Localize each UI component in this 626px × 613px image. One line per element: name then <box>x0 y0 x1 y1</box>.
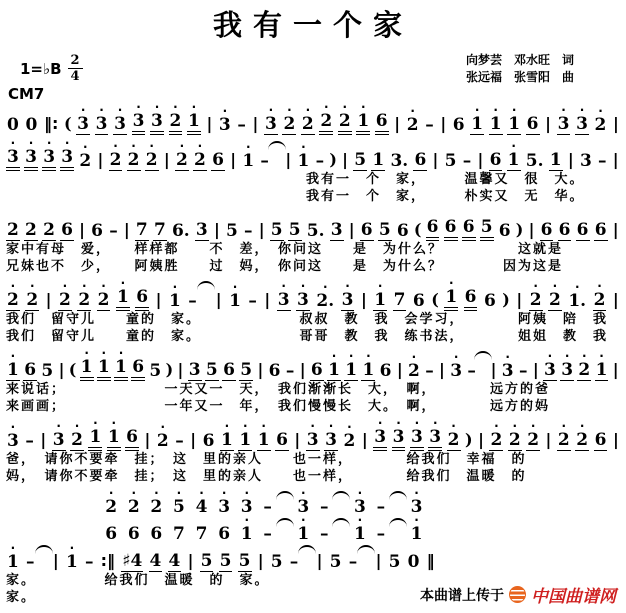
note-digit: 6 <box>452 116 466 135</box>
note: 6 <box>23 353 37 381</box>
note: ·3 <box>306 423 320 451</box>
song-title: 我有一个家 <box>6 6 620 44</box>
note: ·1 <box>116 280 130 311</box>
key-label: 1=♭B <box>20 60 62 78</box>
note: ·1 <box>507 143 521 171</box>
note-digit: 3 <box>501 362 515 381</box>
note-digit: 3 <box>410 428 424 451</box>
note-digit: 2 <box>77 291 91 311</box>
tie-arc <box>298 545 316 554</box>
barline: | <box>39 430 47 451</box>
barline: | <box>229 150 237 171</box>
note-digit: – <box>319 525 330 544</box>
note-digit: 5 <box>148 362 162 381</box>
note: 3 <box>579 144 593 171</box>
sheet-music-page: 我有一个家 1=♭B 2 4 向梦芸 邓水旺 词 张远福 张雪阳 曲 CM7 0… <box>6 6 620 606</box>
tie-arc <box>197 281 215 290</box>
barline: | <box>341 150 349 171</box>
barline: | <box>348 220 356 241</box>
note: 2 <box>24 213 38 241</box>
score-system: ·1 6 5|(·1·1·1 6 5)| 3 5 6 5| 6 –| 6·1·1… <box>6 350 620 415</box>
duration-dash: – <box>174 424 185 451</box>
time-signature: 2 4 <box>68 54 83 83</box>
note-digit: – <box>376 525 387 544</box>
note-digit: 5 <box>219 552 233 572</box>
notation-line: 0 0‖:(·3·3·3·3·3·2·1|·3 –|·3·2·2·2·2·1 6… <box>6 104 620 135</box>
tie-arc <box>268 141 286 150</box>
note-digit: 1 <box>257 431 271 451</box>
note-digit: 1 <box>595 361 609 381</box>
duration-dash: – <box>462 144 473 171</box>
note-digit: – <box>466 362 477 381</box>
note-digit: 1 <box>507 115 521 135</box>
note-digit: 1 <box>6 553 20 572</box>
note-digit: 3 <box>60 148 74 171</box>
note: 6 <box>413 143 427 171</box>
note-digit: 1 <box>371 151 385 171</box>
note-digit: 2 <box>301 115 315 135</box>
note-digit: 3 <box>330 221 344 241</box>
note-digit: 5 <box>238 552 252 572</box>
barline: | <box>187 551 195 572</box>
note-digit: 2 <box>145 151 159 171</box>
barline: | <box>96 150 104 171</box>
note: ·3 <box>324 423 338 451</box>
note: 6 <box>540 213 554 241</box>
note-digit: 1 <box>549 151 563 171</box>
note-digit: 3 <box>6 432 20 451</box>
note: 3. <box>389 144 409 171</box>
note-digit: 2 <box>548 291 562 311</box>
note: 5. <box>306 214 326 241</box>
note-digit: 2 <box>25 291 39 311</box>
note-digit: 2 <box>156 432 170 451</box>
note: ·1 <box>65 545 79 572</box>
note-digit: 2 <box>319 112 333 135</box>
note: 5 <box>480 210 494 241</box>
barline: | <box>78 220 86 241</box>
note: 6 <box>444 210 458 241</box>
close-paren: ) <box>502 290 510 311</box>
note: ·1 <box>220 423 234 451</box>
note-digit: 5 <box>270 553 284 572</box>
note-digit: 3 <box>52 431 66 451</box>
note: ·2 <box>343 424 357 451</box>
note-digit: 5 <box>480 218 494 241</box>
note-digit: 0 <box>407 553 421 572</box>
note-digit: 6 <box>268 362 282 381</box>
note: 6 <box>310 353 324 381</box>
barline: | <box>58 360 66 381</box>
note-digit: 5 <box>239 361 253 381</box>
note-digit: 6 <box>462 218 476 241</box>
note: ·2 <box>548 283 562 311</box>
note: 3 <box>195 213 209 241</box>
lyric-line: 我有一 个 家， 温馨又 很 大。 <box>6 171 620 188</box>
barline: | <box>438 360 446 381</box>
note: 6 <box>275 423 289 451</box>
note-digit: 2 <box>193 151 207 171</box>
note-digit: 2 <box>447 431 461 451</box>
notation-line: 6 6 6 7 7 6·1 –·1 –·1 –·1 <box>104 517 423 544</box>
note-digit: 3 <box>557 115 571 135</box>
note: 5 <box>148 354 162 381</box>
note-digit: 5 <box>444 152 458 171</box>
note-digit: 2 <box>175 151 189 171</box>
barline: | <box>205 114 213 135</box>
note-digit: 1 <box>228 292 242 311</box>
barline: | <box>375 551 383 572</box>
note: 6. <box>171 214 191 241</box>
note-digit: 4 <box>168 552 182 572</box>
note-digit: 6 <box>23 361 37 381</box>
note: ·1 <box>361 353 375 381</box>
note-digit: ♯4 <box>121 552 143 572</box>
barline: | <box>612 150 620 171</box>
note: ·1 <box>80 350 94 381</box>
barline: | <box>515 290 523 311</box>
note: ·1 <box>373 283 387 311</box>
note-digit: 1 <box>297 152 311 171</box>
barline: | <box>155 290 163 311</box>
note-digit: 1 <box>356 112 370 135</box>
close-paren: ) <box>329 150 337 171</box>
note: ·3 <box>557 107 571 135</box>
note: ·2 <box>526 423 540 451</box>
note-digit: 1 <box>241 152 255 171</box>
note: 0 <box>407 545 421 572</box>
note: ·3 <box>60 140 74 171</box>
note: 3 <box>330 213 344 241</box>
note: ·1 <box>356 104 370 135</box>
note: ·3 <box>95 107 109 135</box>
note-digit: 2 <box>127 151 141 171</box>
note: 3 <box>188 353 202 381</box>
note-digit: 6 <box>90 222 104 241</box>
note-digit: 3. <box>389 152 409 171</box>
close-paren: ) <box>465 430 473 451</box>
note: ·3 <box>296 283 310 311</box>
note: 2 <box>42 213 56 241</box>
note-digit: 1 <box>97 358 111 381</box>
note: ·1 <box>470 107 484 135</box>
key-signature: 1=♭B 2 4 <box>20 54 83 83</box>
note-digit: 2 <box>169 112 183 135</box>
note-digit: 5 <box>388 553 402 572</box>
note-digit: – <box>187 292 198 311</box>
note-digit: 5 <box>205 361 219 381</box>
note: 6 <box>396 214 410 241</box>
note-digit: 2 <box>407 362 421 381</box>
note: 6 <box>211 143 225 171</box>
note-digit: 2 <box>109 151 123 171</box>
note: 6 <box>360 213 374 241</box>
repeat-start: ‖: <box>43 114 59 135</box>
note-digit: – <box>424 362 435 381</box>
notation-line: ·1 –|·1 –:‖ ♯4 4 4| 5 5 5| 5 –| 5 –| 5 0… <box>6 544 436 572</box>
note-digit: 6 <box>489 151 503 171</box>
note-digit: 2 <box>406 116 420 135</box>
note: 6 <box>131 350 145 381</box>
note-digit: 6 <box>131 358 145 381</box>
barline: | <box>263 290 271 311</box>
barline: | <box>360 290 368 311</box>
footer: 本曲谱上传于 中国曲谱网 <box>420 582 616 607</box>
note: 5 <box>40 354 54 381</box>
note: 6 <box>90 214 104 241</box>
note: 6 <box>412 284 426 311</box>
note: ·2 <box>169 104 183 135</box>
note-digit: 2 <box>42 221 56 241</box>
note-digit: 3 <box>42 148 56 171</box>
note: ·1 <box>257 423 271 451</box>
note: 5 <box>288 213 302 241</box>
lyric-line: 爸， 请你不要牵 挂； 这 里的亲人 也一样， 给我们 幸福 的 <box>6 451 620 468</box>
note-digit: 6 <box>310 361 324 381</box>
note-digit: 3 <box>95 115 109 135</box>
note-digit: 5. <box>306 222 326 241</box>
note-digit: 2 <box>24 221 38 241</box>
note: ·1 <box>107 420 121 451</box>
note: 6 <box>375 104 389 135</box>
barline: | <box>544 114 552 135</box>
note-digit: – <box>259 152 270 171</box>
note: ·2 <box>406 108 420 135</box>
note: ·2 <box>25 283 39 311</box>
note: ·2 <box>145 143 159 171</box>
note-digit: 0 <box>6 116 20 135</box>
note: 6 <box>135 280 149 311</box>
note: ·1 <box>327 353 341 381</box>
note-digit: – <box>262 525 273 544</box>
note: 6 <box>576 213 590 241</box>
duration-dash: – <box>236 108 247 135</box>
tie-arc <box>35 545 53 554</box>
note-digit: 1 <box>80 358 94 381</box>
open-paren: ( <box>64 114 72 135</box>
credits: 向梦芸 邓水旺 词 张远福 张雪阳 曲 <box>466 52 574 86</box>
barline: | <box>393 114 401 135</box>
note: 5 <box>225 214 239 241</box>
note-digit: 2 <box>6 221 20 241</box>
note: ·1 <box>344 353 358 381</box>
note: 6 <box>268 354 282 381</box>
note: 6 <box>594 213 608 241</box>
note: ·3 <box>560 353 574 381</box>
note-digit: 2 <box>58 291 72 311</box>
note: ·1 <box>410 517 424 544</box>
barline: | <box>144 430 152 451</box>
note: 6 <box>426 210 440 241</box>
note-digit: 6 <box>379 362 393 381</box>
note-digit: 3 <box>132 112 146 135</box>
score-system: 0 0‖:(·3·3·3·3·3·2·1|·3 –|·3·2·2·2·2·1 6… <box>6 104 620 135</box>
note-digit: 3 <box>579 152 593 171</box>
note-digit: 6 <box>444 218 458 241</box>
tie-arc <box>389 518 407 527</box>
barline: | <box>612 114 620 135</box>
note-digit: 1 <box>344 361 358 381</box>
barline: | <box>293 430 301 451</box>
note: 6 <box>489 143 503 171</box>
note: ·2. <box>315 284 335 311</box>
duration-dash: – <box>262 517 273 544</box>
duration-dash: – <box>24 424 35 451</box>
note-digit: 5 <box>200 552 214 572</box>
duration-dash: – <box>597 144 608 171</box>
open-paren: ( <box>414 220 422 241</box>
note: ·1 <box>489 107 503 135</box>
lyricist-credit: 向梦芸 邓水旺 词 <box>466 52 574 69</box>
barline: | <box>45 290 53 311</box>
note-digit: 1 <box>373 291 387 311</box>
tie-arc <box>332 491 350 500</box>
note: ·2 <box>575 423 589 451</box>
note: ·3 <box>501 354 515 381</box>
barline: | <box>189 430 197 451</box>
note: 6 <box>125 420 139 451</box>
note: 0 <box>6 108 20 135</box>
lyric-line: 妈， 请你不要牵 挂； 这 里的亲人 也一样， 给我们 温暖 的 <box>6 468 620 485</box>
lyric-line: 我有一 个 家， 朴实又 无 华。 <box>6 188 620 205</box>
note-digit: – <box>315 152 326 171</box>
note: ·2 <box>58 283 72 311</box>
duration-dash: – <box>376 517 387 544</box>
note-digit: 3 <box>575 115 589 135</box>
score-body: 0 0‖:(·3·3·3·3·3·2·1|·3 –|·3·2·2·2·2·1 6… <box>6 104 620 606</box>
note: 1 <box>549 143 563 171</box>
note: 6 <box>594 423 608 451</box>
note-digit: – <box>174 432 185 451</box>
note: ·2 <box>338 104 352 135</box>
note: 2 <box>6 213 20 241</box>
note: 6 <box>379 354 393 381</box>
note: 6 <box>452 108 466 135</box>
note: ·2 <box>447 423 461 451</box>
note: ·1 <box>168 284 182 311</box>
note: 6 <box>202 424 216 451</box>
notation-line: ·3 –|·3·2·1·1 6|·2 –| 6·1·1·1 6|·3·3·2|·… <box>6 420 620 451</box>
note: ·3 <box>392 420 406 451</box>
note: ·1 <box>241 144 255 171</box>
note-digit: 3 <box>6 148 20 171</box>
note-digit: 3 <box>264 115 278 135</box>
note: ·3 <box>277 283 291 311</box>
barline: | <box>612 360 620 381</box>
note-digit: 6. <box>171 222 191 241</box>
note-digit: 2 <box>78 152 92 171</box>
note: ·2 <box>78 144 92 171</box>
note-digit: 2 <box>526 431 540 451</box>
note: ·2 <box>109 143 123 171</box>
note-digit: 6 <box>375 112 389 135</box>
final-barline: ‖ <box>426 551 436 572</box>
note-digit: 3 <box>306 431 320 451</box>
time-denominator: 4 <box>68 69 83 83</box>
barline: | <box>612 430 620 451</box>
note-digit: 2 <box>593 291 607 311</box>
note-digit: 1 <box>6 361 20 381</box>
note: ·2 <box>70 423 84 451</box>
barline: | <box>284 150 292 171</box>
note: ·3 <box>42 140 56 171</box>
note-digit: 3 <box>560 361 574 381</box>
note: ·3 <box>575 107 589 135</box>
note-digit: 0 <box>24 116 38 135</box>
lyric-line: 来说话； 一天又一 天， 我们渐渐长 大， 啊， 远方的爸 <box>6 381 620 398</box>
note-digit: 1 <box>187 112 201 135</box>
note-digit: 6 <box>396 222 410 241</box>
note-digit: 6 <box>135 288 149 311</box>
close-paren: ) <box>516 220 524 241</box>
note: ·1 <box>88 420 102 451</box>
note: ·2 <box>97 283 111 311</box>
close-paren: ) <box>166 360 174 381</box>
note-digit: – <box>462 152 473 171</box>
note-digit: 1 <box>116 288 130 311</box>
note-digit: – <box>247 292 258 311</box>
note-digit: 2 <box>508 431 522 451</box>
note-digit: – <box>518 362 529 381</box>
note: 5 <box>378 213 392 241</box>
note: ·2 <box>594 108 608 135</box>
note-digit: 3 <box>218 116 232 135</box>
note-digit: 6 <box>222 361 236 381</box>
note-digit: 2 <box>338 112 352 135</box>
note: 5 <box>200 544 214 572</box>
barline: | <box>567 150 575 171</box>
note-digit: 5. <box>525 152 545 171</box>
notation-line: ·1 6 5|(·1·1·1 6 5)| 3 5 6 5| 6 –| 6·1·1… <box>6 350 620 381</box>
note: ·2 <box>557 423 571 451</box>
note-digit: 1. <box>567 292 587 311</box>
note: 6 <box>498 214 512 241</box>
note-digit: 6 <box>464 288 478 311</box>
note: 5 <box>388 545 402 572</box>
note-digit: 2 <box>577 361 591 381</box>
score-system: ·1 –|·1 –:‖ ♯4 4 4| 5 5 5| 5 –| 5 –| 5 0… <box>6 544 436 606</box>
note-digit: – <box>24 432 35 451</box>
note-digit: 2 <box>575 431 589 451</box>
duration-dash: – <box>285 354 296 381</box>
note: ·3 <box>132 104 146 135</box>
note: ·2 <box>593 283 607 311</box>
note-digit: 7 <box>393 291 407 311</box>
tie-arc <box>276 518 294 527</box>
note-digit: 2 <box>529 291 543 311</box>
note: ·2 <box>77 283 91 311</box>
barline: | <box>257 551 265 572</box>
note-digit: 1 <box>296 525 310 544</box>
note: ·3 <box>428 420 442 451</box>
note: 6 <box>462 210 476 241</box>
lyric-line: 家中有母 爱， 样样都 不 差， 你问这 是 为什么？ 这就是 <box>6 241 620 258</box>
score-system: ·3·3·3·3·2|·2·2·2|·2·2 6|·1 –|·1 –)| 5 1… <box>6 140 620 205</box>
note-digit: 6 <box>540 221 554 241</box>
note: ·2 <box>127 143 141 171</box>
barline: | <box>532 360 540 381</box>
note: 5. <box>525 144 545 171</box>
note-digit: 6 <box>412 292 426 311</box>
note: ·3 <box>76 107 90 135</box>
note-digit: 6 <box>483 292 497 311</box>
duration-dash: – <box>315 144 326 171</box>
note-digit: 1 <box>470 115 484 135</box>
time-numerator: 2 <box>68 54 83 69</box>
barline: | <box>213 220 221 241</box>
note: 7 <box>393 283 407 311</box>
note: ·3 <box>52 423 66 451</box>
